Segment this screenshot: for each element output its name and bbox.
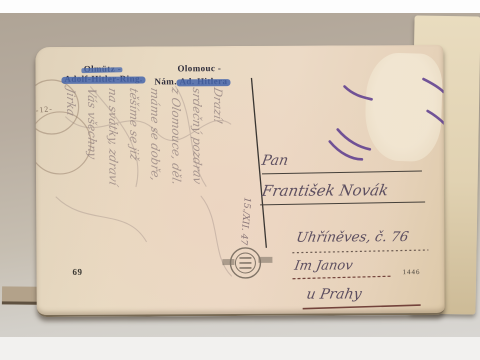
message-line: Drazí! xyxy=(207,85,229,286)
printed-city-czech: Olomouc - xyxy=(175,64,223,73)
message-line: máme se dobře, xyxy=(144,86,166,287)
handwritten-message: Drazí! srdečný pozdrav z Olomouce, děl. … xyxy=(60,88,229,286)
card-number: 69 xyxy=(72,267,82,277)
censor-strike-german-city: Olmütz - xyxy=(84,65,121,74)
address-name: František Novák xyxy=(261,183,390,199)
violet-pen-strokes xyxy=(329,79,444,160)
censor-strike-german-street: Adolf-Hitler-Ring. xyxy=(64,75,142,84)
photo-of-postcard: Olmütz - Adolf-Hitler-Ring. Olomouc - Ná… xyxy=(0,0,480,360)
message-line: z Olomouce, děl. xyxy=(165,86,187,287)
printed-street-german: Adolf-Hitler-Ring. xyxy=(61,74,145,83)
address-region: u Prahy xyxy=(305,287,362,301)
message-line: Vás všechny xyxy=(81,86,103,287)
postmark-date-fragment: -12- xyxy=(35,104,53,115)
postcard-back: Olmütz - Adolf-Hitler-Ring. Olomouc - Ná… xyxy=(35,45,444,317)
message-line: těšíme se již xyxy=(123,86,145,287)
address-salutation: Pan xyxy=(261,154,290,168)
printed-city-german: Olmütz - xyxy=(79,65,125,74)
address-town: Uhříněves, č. 76 xyxy=(295,231,409,245)
print-number: 1446 xyxy=(402,268,420,276)
message-line: na svátky, zdraví xyxy=(102,86,124,287)
message-line: Jirka xyxy=(60,86,82,287)
white-border-top xyxy=(0,0,480,13)
address-district: Im Janov xyxy=(293,259,353,272)
message-line: srdečný pozdrav xyxy=(186,86,208,287)
white-border-bottom xyxy=(0,337,480,360)
